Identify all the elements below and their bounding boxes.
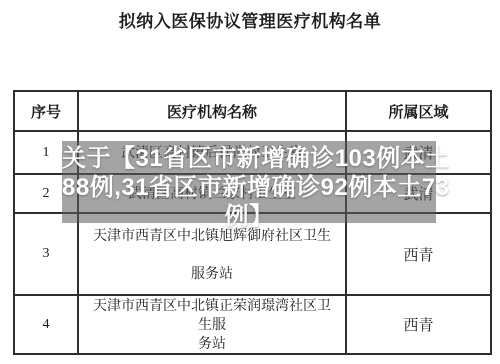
column-header-serial-number: 序号 xyxy=(14,91,78,131)
column-header-region: 所属区域 xyxy=(346,91,491,131)
subtitle-overlay-band: 关于【31省区市新增确诊103例本土 88例,31省区市新增确诊92例本土73 … xyxy=(62,141,436,223)
document-page: 拟纳入医保协议管理医疗机构名单 序号 医疗机构名称 所属区域 1 武清区高村镇后… xyxy=(0,0,500,364)
table-row: 4 天津市西青区中北镇正荣润璟湾社区卫生服 务站 西青 xyxy=(14,295,491,354)
overlay-text-line: 例】 xyxy=(62,202,436,231)
institution-name-cell: 天津市西青区中北镇正荣润璟湾社区卫生服 务站 xyxy=(78,295,346,354)
row-number-cell: 4 xyxy=(14,295,78,354)
overlay-text-line: 88例,31省区市新增确诊92例本土73 xyxy=(62,173,436,202)
table-header-row: 序号 医疗机构名称 所属区域 xyxy=(14,91,491,131)
column-header-institution-name: 医疗机构名称 xyxy=(78,91,346,131)
overlay-text-line: 关于【31省区市新增确诊103例本土 xyxy=(62,144,436,173)
page-title: 拟纳入医保协议管理医疗机构名单 xyxy=(0,7,500,32)
region-cell: 西青 xyxy=(346,295,491,354)
